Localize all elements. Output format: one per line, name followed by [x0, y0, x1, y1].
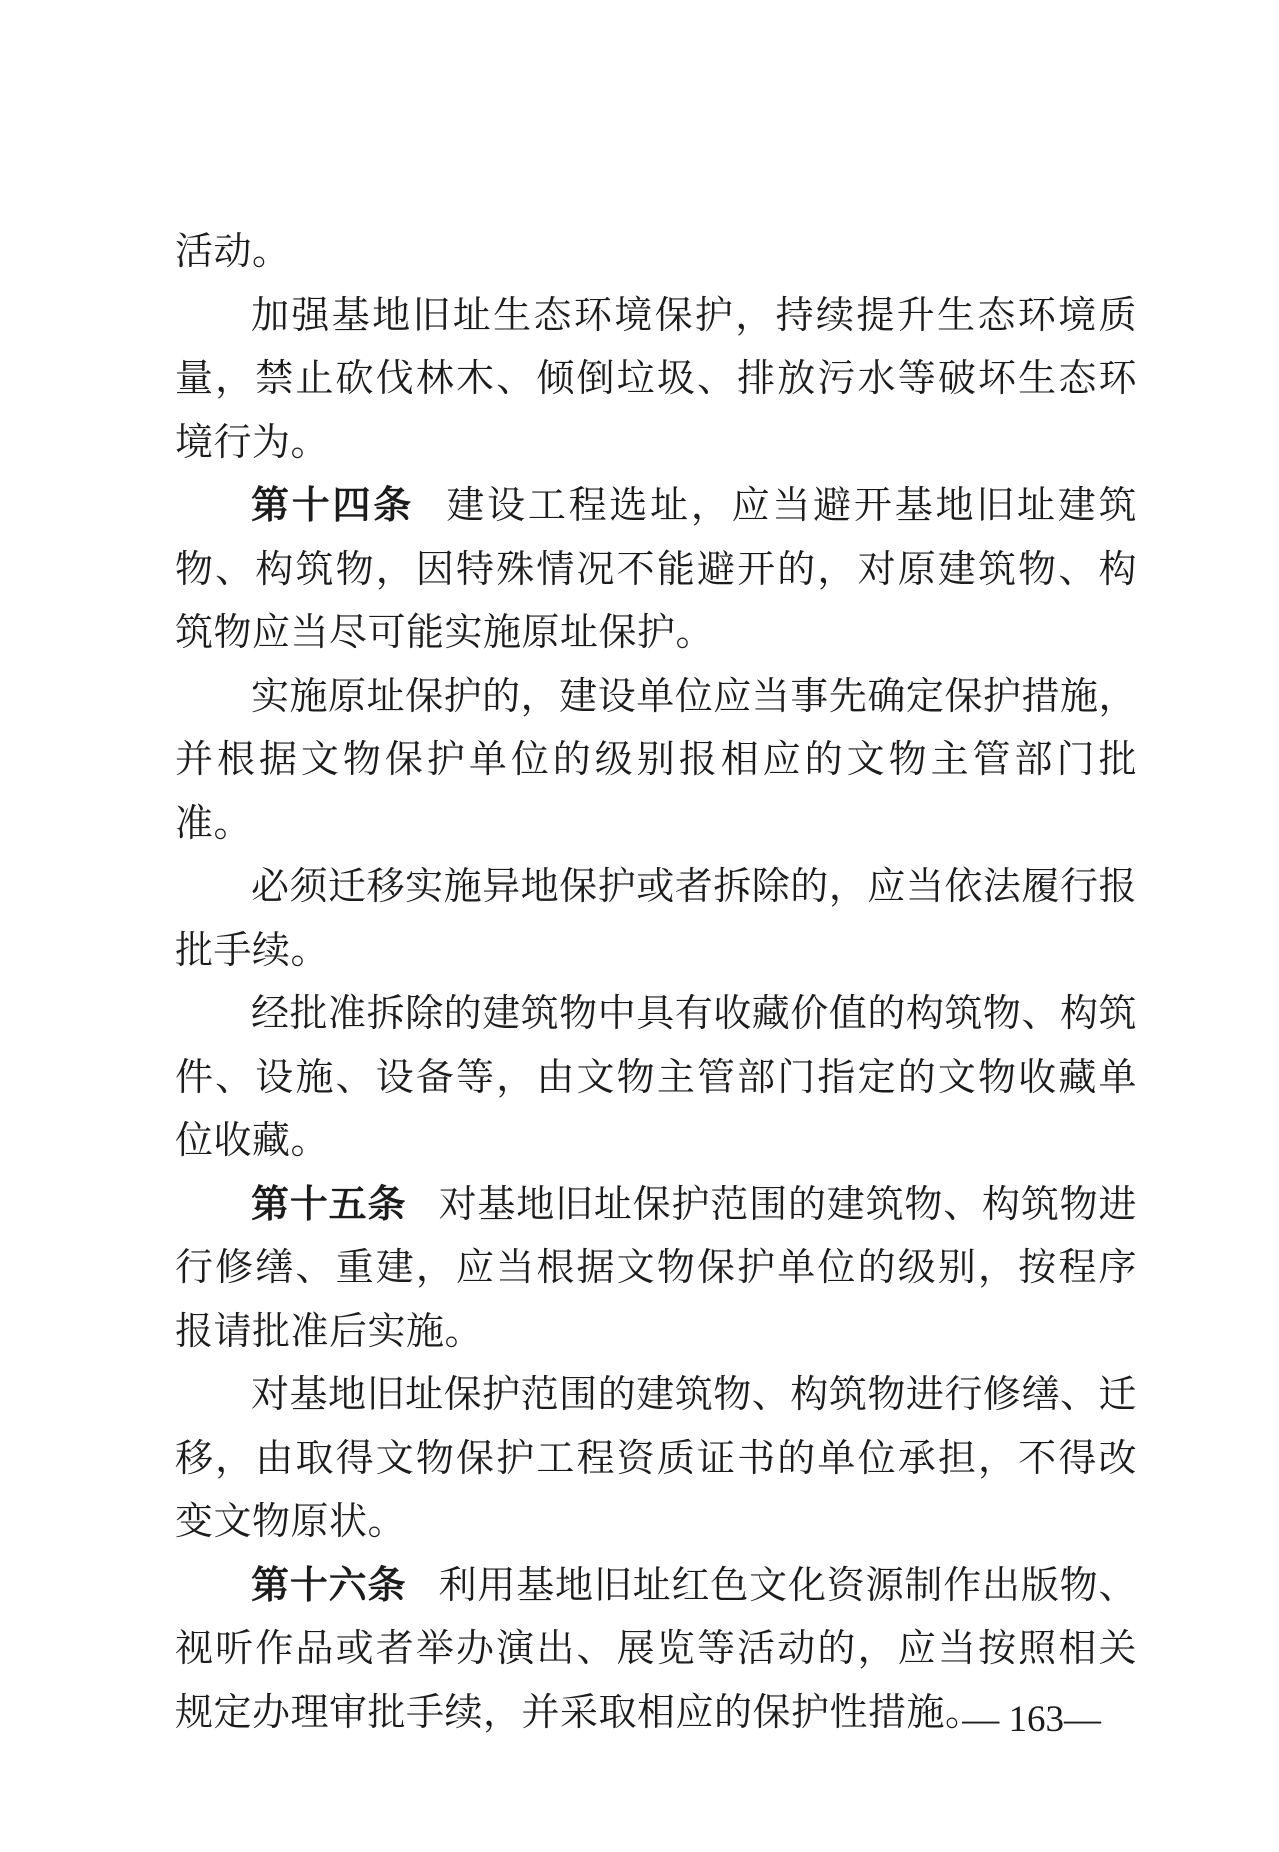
document-body: 活动。加强基地旧址生态环境保护，持续提升生态环境质量，禁止砍伐林木、倾倒垃圾、排… [175, 221, 1137, 1745]
document-page: 活动。加强基地旧址生态环境保护，持续提升生态环境质量，禁止砍伐林木、倾倒垃圾、排… [0, 0, 1279, 1852]
paragraph-text: 活动。 [175, 231, 291, 273]
paragraph: 对基地旧址保护范围的建筑物、构筑物进行修缮、迁移，由取得文物保护工程资质证书的单… [175, 1364, 1137, 1555]
paragraph: 经批准拆除的建筑物中具有收藏价值的构筑物、构筑件、设施、设备等，由文物主管部门指… [175, 983, 1137, 1174]
paragraph-text: 对基地旧址保护范围的建筑物、构筑物进行修缮、迁移，由取得文物保护工程资质证书的单… [175, 1374, 1137, 1543]
paragraph: 实施原址保护的，建设单位应当事先确定保护措施，并根据文物保护单位的级别报相应的文… [175, 666, 1137, 857]
article-paragraph: 第十四条建设工程选址，应当避开基地旧址建筑物、构筑物，因特殊情况不能避开的，对原… [175, 475, 1137, 666]
paragraph: 活动。 [175, 221, 1137, 285]
article-paragraph: 第十五条对基地旧址保护范围的建筑物、构筑物进行修缮、重建，应当根据文物保护单位的… [175, 1174, 1137, 1365]
paragraph-text: 经批准拆除的建筑物中具有收藏价值的构筑物、构筑件、设施、设备等，由文物主管部门指… [175, 993, 1137, 1162]
paragraph: 加强基地旧址生态环境保护，持续提升生态环境质量，禁止砍伐林木、倾倒垃圾、排放污水… [175, 285, 1137, 476]
paragraph: 必须迁移实施异地保护或者拆除的，应当依法履行报批手续。 [175, 856, 1137, 983]
article-number-heading: 第十五条 [251, 1184, 406, 1226]
page-number: — 163— [962, 1698, 1101, 1742]
paragraph-text: 实施原址保护的，建设单位应当事先确定保护措施，并根据文物保护单位的级别报相应的文… [175, 676, 1137, 845]
paragraph-text: 必须迁移实施异地保护或者拆除的，应当依法履行报批手续。 [175, 866, 1137, 972]
paragraph-text: 加强基地旧址生态环境保护，持续提升生态环境质量，禁止砍伐林木、倾倒垃圾、排放污水… [175, 295, 1137, 464]
article-number-heading: 第十四条 [251, 485, 414, 527]
article-number-heading: 第十六条 [251, 1565, 406, 1607]
